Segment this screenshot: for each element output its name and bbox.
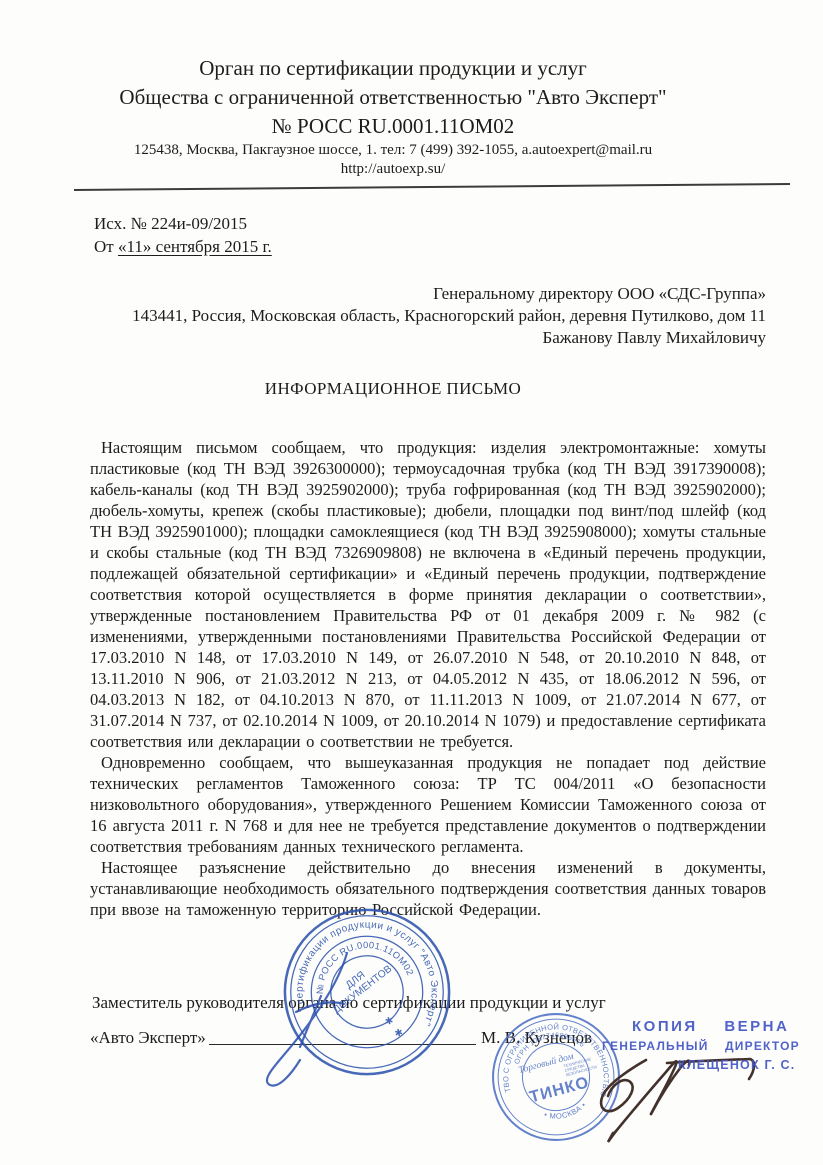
- addressee-block: Генеральному директору ООО «СДС-Группа» …: [100, 283, 766, 349]
- copy-stamp-line1: КОПИЯ ВЕРНА: [632, 1018, 820, 1035]
- outgoing-number: Исх. № 224и-09/2015: [94, 212, 272, 235]
- addressee-address: 143441, Россия, Московская область, Крас…: [100, 305, 766, 327]
- letterhead-website: http://autoexp.su/: [0, 160, 786, 179]
- copy-stamp-line2: ГЕНЕРАЛЬНЫЙ ДИРЕКТОР: [602, 1039, 820, 1053]
- body-paragraph-1: Настоящим письмом сообщаем, что продукци…: [90, 437, 766, 752]
- letter-date: «11» сентября 2015 г.: [118, 237, 272, 256]
- company-stamp-city-text: • МОСКВА •: [541, 1099, 590, 1125]
- letterhead: Орган по сертификации продукции и услуг …: [0, 54, 786, 179]
- letterhead-org-line1: Орган по сертификации продукции и услуг: [0, 54, 786, 83]
- document-title: ИНФОРМАЦИОННОЕ ПИСЬМО: [0, 379, 786, 399]
- addressee-position: Генеральному директору ООО «СДС-Группа»: [100, 283, 766, 305]
- letterhead-org-line2: Общества с ограниченной ответственностью…: [0, 83, 786, 112]
- header-divider: [74, 183, 790, 191]
- letter-body: Настоящим письмом сообщаем, что продукци…: [90, 437, 766, 920]
- reference-block: Исх. № 224и-09/2015 От «11» сентября 201…: [94, 212, 272, 258]
- stamp-star-icon: ✱: [394, 1027, 404, 1039]
- body-paragraph-2: Одновременно сообщаем, что вышеуказанная…: [90, 752, 766, 857]
- stamp-center-line2: ДОКУМЕНТОВ: [332, 964, 395, 1016]
- copy-stamp-line3: КЛЕЩЕНОК Г. С.: [678, 1058, 820, 1072]
- copy-verification-stamp: КОПИЯ ВЕРНА ГЕНЕРАЛЬНЫЙ ДИРЕКТОР КЛЕЩЕНО…: [598, 1018, 820, 1072]
- addressee-name: Бажанову Павлу Михайловичу: [100, 327, 766, 349]
- letterhead-address: 125438, Москва, Пакгаузное шоссе, 1. тел…: [0, 141, 786, 160]
- signing-organization: «Авто Эксперт»: [90, 1028, 206, 1048]
- certification-round-stamp-icon: Орган по сертификации продукции и услуг …: [265, 890, 469, 1094]
- svg-text:• МОСКВА •: • МОСКВА •: [541, 1099, 590, 1125]
- letterhead-reg-number: № РОСС RU.0001.11ОМ02: [0, 112, 786, 141]
- date-prefix: От: [94, 237, 118, 256]
- document-page: Орган по сертификации продукции и услуг …: [0, 0, 823, 1165]
- letter-date-line: От «11» сентября 2015 г.: [94, 235, 272, 258]
